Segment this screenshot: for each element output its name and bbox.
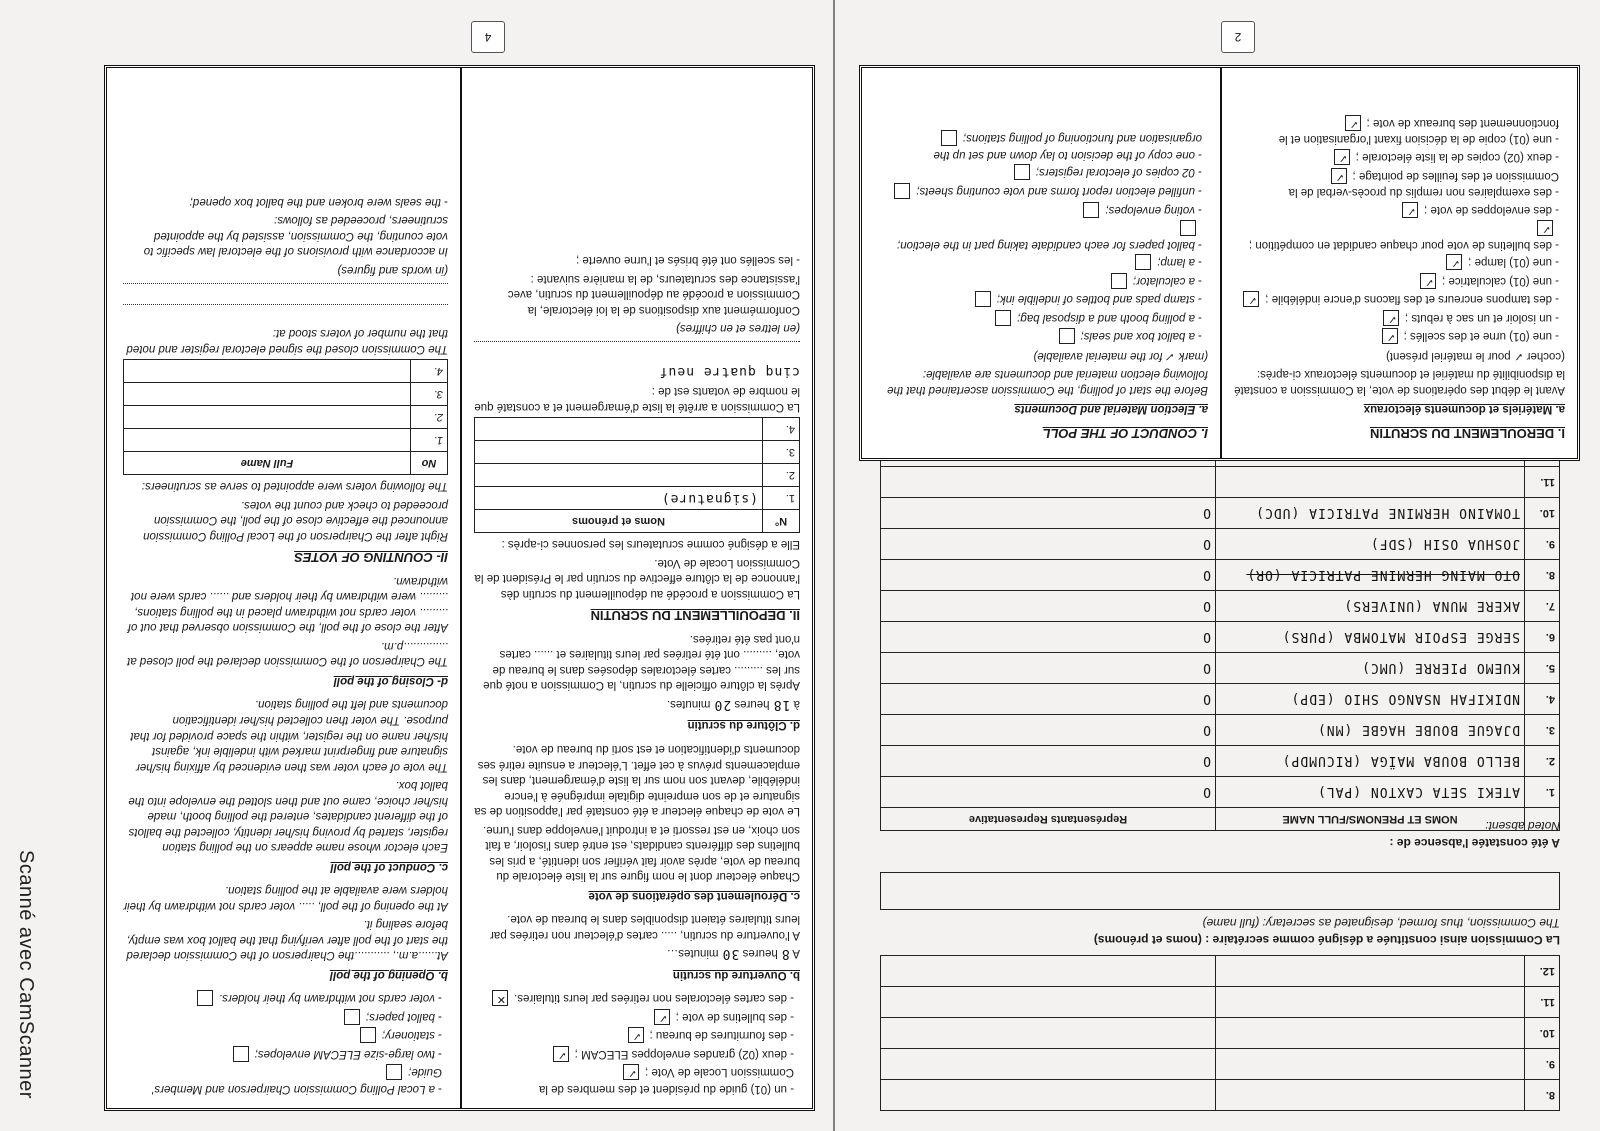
table-row: 6.SERGE ESPOIR MATOMBA (PURS)O (881, 622, 1560, 653)
checkbox[interactable] (1059, 328, 1075, 344)
row-name-cell[interactable] (1216, 956, 1525, 987)
conduct-box: I. DEROULEMENT DU SCRUTIN a. Matériels e… (859, 65, 1580, 461)
counting-box: un (01) guide du président et des membre… (104, 65, 815, 1111)
material-item: des exemplaires non remplis du procès-ve… (1234, 167, 1559, 199)
row-number: 3. (411, 382, 448, 405)
scrutineer-row: 2. (475, 463, 800, 486)
closing-cards-en: After the close of the poll, the Commiss… (123, 572, 448, 634)
checkbox[interactable] (1537, 220, 1553, 236)
checkbox[interactable] (995, 310, 1011, 326)
representative-mark[interactable] (881, 467, 1216, 498)
material-item: two large-size ELECAM envelopes; (123, 1045, 442, 1062)
material-label: ballot papers; (366, 1011, 435, 1023)
checkbox[interactable] (1345, 115, 1361, 131)
member-name[interactable]: JOSHUA OSIH (SDF) (1216, 529, 1525, 560)
material-item: un isoloir et un sac à rebuts ; (1234, 309, 1559, 326)
secretary-row: 11. (881, 987, 1560, 1018)
table-row: 7.AKERE MUNA (UNIVERS)O (881, 591, 1560, 622)
opening-minutes: 30 (722, 946, 740, 961)
scrutineer-name[interactable] (124, 405, 411, 428)
material-label: stamp pads and bottles of indelible ink; (997, 293, 1195, 305)
checkbox[interactable] (1446, 254, 1462, 270)
material-label: une (01) copie de la décision fixant l'o… (1279, 117, 1559, 146)
camscanner-watermark: Scanné avec CamScanner (14, 850, 37, 1099)
representative-mark[interactable]: O (881, 653, 1216, 684)
intro-text: Right after the Chairperson of the Local… (123, 496, 448, 543)
member-name[interactable]: TOMAINO HERMINE PATRICIA (UDC) (1216, 498, 1525, 529)
material-label: voting envelopes; (1105, 204, 1195, 216)
scrutineer-row: 3. (124, 382, 448, 405)
row-rep-cell[interactable] (881, 956, 1216, 987)
material-item: des bulletins de vote pour chaque candid… (1234, 220, 1559, 252)
material-item: ballot papers for each candidate taking … (878, 220, 1202, 252)
row-number: 2. (1525, 746, 1560, 777)
representative-mark[interactable]: O (881, 560, 1216, 591)
row-number: 10. (1525, 498, 1560, 529)
scrutineer-name[interactable]: (signature) (475, 486, 763, 509)
material-label: a calculator; (1133, 275, 1195, 287)
material-label: one copy of the decision to lay down and… (933, 132, 1202, 161)
section-title: II. DEPOUILLEMENT DU SCRUTIN (474, 607, 800, 625)
scrutineers-text: The following voters were appointed to s… (123, 478, 448, 494)
note-text: (mark ✓ for the material available) (878, 347, 1208, 363)
material-item: a Local Polling Commission Chairperson a… (123, 1064, 442, 1096)
opening-text-en: At......a.m., ...........the Chairperson… (123, 916, 448, 963)
table-row: 11. (881, 467, 1560, 498)
material-label: a polling booth and a disposal bag; (1017, 312, 1195, 324)
subsection-title: c. Conduct of the poll (123, 858, 448, 874)
table-row: 8.OTO MAING HERMINE PATRICIA (OR)O (881, 560, 1560, 591)
scrutineer-row: 2. (124, 405, 448, 428)
material-label: a lamp; (1157, 256, 1195, 268)
page-4: 4 un (01) guide du président et des memb… (60, 0, 825, 1131)
scrutineer-row: 4. (475, 417, 800, 440)
opening-cards-fr: A l'ouverture du scrutin, ..... cartes d… (474, 911, 800, 942)
material-item: stamp pads and bottles of indelible ink; (878, 291, 1202, 308)
secretary-fr: La Commission ainsi constituée a désigné… (880, 933, 1560, 947)
scanned-document-spread: 2 8.9.10.11.12. La Commission ainsi cons… (60, 0, 1600, 1131)
scrutineer-row: 1. (124, 428, 448, 451)
conduct-text: Le vote de chaque électeur a été constat… (474, 741, 800, 819)
checkbox[interactable] (654, 1009, 670, 1025)
conduct-text: Each elector whose name appears on the p… (123, 777, 448, 855)
secretary-row: 10. (881, 1018, 1560, 1049)
closing-text-en: The Chairperson of the Commission declar… (123, 637, 448, 668)
secretary-row: 8. (881, 1080, 1560, 1111)
member-name[interactable] (1216, 467, 1525, 498)
intro-text: Before the start of polling, the Commiss… (878, 366, 1208, 397)
checkbox[interactable] (492, 990, 508, 1006)
checkbox[interactable] (386, 1064, 402, 1080)
scrutineer-row: 1.(signature) (475, 486, 800, 509)
row-name-cell[interactable] (1216, 987, 1525, 1018)
subsection-title: d- Closing of the poll (123, 672, 448, 688)
page-number: 2 (1221, 21, 1255, 53)
material-list-en-cont: a Local Polling Commission Chairperson a… (123, 990, 448, 1096)
row-number: 11. (1525, 987, 1560, 1018)
col-no: N° (763, 509, 800, 532)
material-list-fr: une (01) urne et des scellés ;un isoloir… (1234, 114, 1565, 344)
counting-text: Conformément aux dispositions de la loi … (474, 270, 800, 317)
material-label: des exemplaires non remplis du procès-ve… (1289, 170, 1559, 199)
table-row: 10.TOMAINO HERMINE PATRICIA (UDC)O (881, 498, 1560, 529)
material-item: stationery; (123, 1027, 442, 1044)
representative-mark[interactable]: O (881, 622, 1216, 653)
scrutineers-table-fr: N°Noms et prénoms 1.(signature)2.3.4. (474, 417, 800, 533)
material-item: une (01) calculatrice ; (1234, 272, 1559, 289)
representative-mark[interactable]: O (881, 746, 1216, 777)
row-number: 4. (411, 359, 448, 382)
representative-mark[interactable]: O (881, 715, 1216, 746)
subsection-title: a. Matériels et documents électoraux (1234, 401, 1565, 417)
section-title: I. CONDUCT OF THE POLL (878, 424, 1208, 442)
secretary-field[interactable] (880, 872, 1560, 910)
member-name[interactable]: ATEKI SETA CAXTON (PAL) (1216, 777, 1525, 808)
row-number: 3. (763, 440, 800, 463)
material-label: une (01) urne et des scellés ; (1404, 330, 1552, 342)
register-text: The Commission closed the signed elector… (123, 325, 448, 356)
opening-text-fr: A 8 heures 30 minutes… (474, 945, 800, 963)
subsection-title: b. Ouverture du scrutin (474, 966, 800, 982)
counting-fr: un (01) guide du président et des membre… (462, 68, 812, 1108)
secretary-rows-table: 8.9.10.11.12. (880, 955, 1560, 1111)
material-label: 02 copies of electoral registers; (1036, 166, 1195, 178)
checkbox[interactable] (1402, 202, 1418, 218)
row-number: 2. (763, 463, 800, 486)
scrutineer-row: 4. (124, 359, 448, 382)
material-item: a calculator; (878, 272, 1202, 289)
row-number: 6. (1525, 622, 1560, 653)
section-title: II- COUNTING OF VOTES (123, 549, 448, 567)
voters-count-field[interactable]: cinq quatre neuf (474, 362, 800, 380)
row-number: 8. (1525, 1080, 1560, 1111)
checkbox[interactable] (975, 291, 991, 307)
dotted-line (123, 304, 448, 319)
seals-text: - the seals were broken and the ballot b… (123, 193, 448, 209)
row-name-cell[interactable] (1216, 1049, 1525, 1080)
material-item: des cartes électorales non retirées par … (474, 990, 794, 1007)
representative-mark[interactable]: O (881, 777, 1216, 808)
table-row: 5.KUEMO PIERRE (UMC)O (881, 653, 1560, 684)
page-2: 2 8.9.10.11.12. La Commission ainsi cons… (840, 0, 1600, 1131)
counting-text: In accordance with provisions of the ele… (123, 212, 448, 259)
dotted-line (474, 341, 800, 356)
col-name: Full Name (124, 451, 411, 474)
counting-en: a Local Polling Commission Chairperson a… (111, 68, 462, 1108)
checkbox[interactable] (941, 130, 957, 146)
material-item: une (01) copie de la décision fixant l'o… (1234, 114, 1559, 146)
checkbox[interactable] (553, 1046, 569, 1062)
header-name: NOMS ET PRENOMS/FULL NAME (1216, 808, 1525, 831)
absent-fr: A été constatée l'absence de : (880, 836, 1560, 850)
row-number: 5. (1525, 653, 1560, 684)
checkbox[interactable] (1111, 273, 1127, 289)
material-item: a ballot box and seals; (878, 328, 1202, 345)
table-row: 9.JOSHUA OSIH (SDF)O (881, 529, 1560, 560)
row-name-cell[interactable] (1216, 1080, 1525, 1111)
material-label: two large-size ELECAM envelopes; (255, 1048, 435, 1060)
material-label: un (01) guide du président et des membre… (539, 1066, 794, 1095)
checkbox[interactable] (1383, 310, 1399, 326)
checkbox[interactable] (1180, 220, 1196, 236)
member-name[interactable]: AKERE MUNA (UNIVERS) (1216, 591, 1525, 622)
material-label: des cartes électorales non retirées par … (514, 992, 787, 1004)
note-text: (cocher ✓ pour le matériel présent) (1234, 347, 1565, 363)
checkbox[interactable] (894, 183, 910, 199)
checkbox[interactable] (1382, 328, 1398, 344)
material-item: ballot papers; (123, 1008, 442, 1025)
closing-hour: 18 (773, 697, 791, 712)
row-number: 11. (1525, 467, 1560, 498)
register-text: La Commission a arrêté la liste d'émarge… (474, 383, 800, 414)
material-label: unfilled election report forms and vote … (916, 185, 1195, 197)
member-name[interactable]: SERGE ESPOIR MATOMBA (PURS) (1216, 622, 1525, 653)
representative-mark[interactable]: O (881, 684, 1216, 715)
material-item: un (01) guide du président et des membre… (474, 1064, 794, 1096)
secretary-en: The Commission, thus formed, designated … (880, 916, 1560, 930)
page-number: 4 (471, 21, 505, 53)
checkbox[interactable] (1420, 273, 1436, 289)
material-label: une (01) lampe ; (1468, 256, 1552, 268)
closing-cards-fr: Après la clôture officielle du scrutin, … (474, 630, 800, 692)
checkbox[interactable] (344, 1009, 360, 1025)
material-item: voter cards not withdrawn by their holde… (123, 990, 442, 1007)
checkbox[interactable] (1334, 149, 1350, 165)
row-number: 7. (1525, 591, 1560, 622)
conduct-text: The vote of each voter was then evidence… (123, 696, 448, 774)
material-list-en: a ballot box and seals;a polling booth a… (878, 130, 1208, 345)
material-item: des fournitures de bureau ; (474, 1027, 794, 1044)
subsection-title: d. Clôture du scrutin (474, 717, 800, 733)
material-item: deux (02) copies de la liste électorale … (1234, 148, 1559, 165)
header-rep: Représentants Representative (881, 808, 1216, 831)
material-item: deux (02) grandes enveloppes ELECAM ; (474, 1045, 794, 1062)
scrutineer-row: 3. (475, 440, 800, 463)
checkbox[interactable] (1135, 254, 1151, 270)
conduct-text: Chaque électeur dont le nom figure sur l… (474, 821, 800, 883)
material-item: unfilled election report forms and vote … (878, 183, 1202, 200)
intro-text: Avant le début des opérations de vote, l… (1234, 366, 1565, 397)
material-label: des enveloppes de vote ; (1424, 204, 1552, 216)
material-item: a lamp; (878, 254, 1202, 271)
subsection-title: c. Déroulement des opérations de vote (474, 887, 800, 903)
checkbox[interactable] (197, 990, 213, 1006)
row-number: 1. (411, 428, 448, 451)
material-item: voting envelopes; (878, 201, 1202, 218)
conduct-fr: I. DEROULEMENT DU SCRUTIN a. Matériels e… (1222, 68, 1577, 458)
scrutineer-name[interactable] (124, 359, 411, 382)
checkbox[interactable] (1243, 291, 1259, 307)
row-number: 8. (1525, 560, 1560, 591)
scrutineer-name[interactable] (475, 440, 763, 463)
row-number: 12. (1525, 956, 1560, 987)
material-label: deux (02) grandes enveloppes ELECAM ; (575, 1048, 787, 1060)
secretary-row: 12. (881, 956, 1560, 987)
material-list-fr-cont: un (01) guide du président et des membre… (474, 990, 800, 1096)
material-item: des bulletins de vote ; (474, 1008, 794, 1025)
secretary-row: 9. (881, 1049, 1560, 1080)
row-number: 9. (1525, 529, 1560, 560)
row-number: 1. (1525, 777, 1560, 808)
row-rep-cell[interactable] (881, 1080, 1216, 1111)
subsection-title: a. Election Material and Documents (878, 401, 1208, 417)
checkbox[interactable] (1331, 168, 1347, 184)
scrutineer-name[interactable] (124, 382, 411, 405)
checkbox[interactable] (623, 1064, 639, 1080)
checkbox[interactable] (233, 1046, 249, 1062)
member-name[interactable]: DJAGUE BOUBE HAGBE (MN) (1216, 715, 1525, 746)
col-name: Noms et prénoms (475, 509, 763, 532)
material-item: une (01) lampe ; (1234, 254, 1559, 271)
conduct-en: I. CONDUCT OF THE POLL a. Election Mater… (866, 68, 1222, 458)
row-number: 1. (763, 486, 800, 509)
seals-text: - les scellés ont été brisés et l'urne o… (474, 252, 800, 268)
row-number: 10. (1525, 1018, 1560, 1049)
subsection-title: b. Opening of the poll (123, 966, 448, 982)
row-number: 9. (1525, 1049, 1560, 1080)
checkbox[interactable] (628, 1027, 644, 1043)
representative-mark[interactable]: O (881, 498, 1216, 529)
opening-cards-en: At the opening of the poll, ..... voter … (123, 882, 448, 913)
row-name-cell[interactable] (1216, 1018, 1525, 1049)
material-item: des enveloppes de vote ; (1234, 201, 1559, 218)
material-item: a polling booth and a disposal bag; (878, 309, 1202, 326)
voters-hint: (in words and figures) (123, 261, 448, 277)
scrutineer-name[interactable] (475, 463, 763, 486)
table-row: 4.NDIKIFAH NSANGO SHIO (EDP)O (881, 684, 1560, 715)
material-item: des tampons encreurs et des flacons d'en… (1234, 291, 1559, 308)
representative-mark[interactable]: O (881, 529, 1216, 560)
closing-minutes: 20 (714, 697, 732, 712)
material-label: voter cards not withdrawn by their holde… (219, 992, 435, 1004)
scrutineers-text: Elle a désigné comme scrutateurs les per… (474, 536, 800, 552)
material-label: des tampons encreurs et des flacons d'en… (1265, 293, 1552, 305)
scrutineer-name[interactable] (124, 428, 411, 451)
row-number: 3. (1525, 715, 1560, 746)
material-label: a ballot box and seals; (1081, 330, 1195, 342)
checkbox[interactable] (1083, 202, 1099, 218)
material-label: ballot papers for each candidate taking … (897, 239, 1195, 251)
row-rep-cell[interactable] (881, 1018, 1216, 1049)
scrutineers-table-en: NoFull Name 1.2.3.4. (123, 359, 448, 475)
members-table: NOMS ET PRENOMS/FULL NAME Représentants … (880, 404, 1560, 831)
material-label: une (01) calculatrice ; (1442, 275, 1552, 287)
member-name[interactable]: BELLO BOUBA MAÏGA (RICUMDP) (1216, 746, 1525, 777)
row-number: 4. (1525, 684, 1560, 715)
checkbox[interactable] (1014, 165, 1030, 181)
row-rep-cell[interactable] (881, 987, 1216, 1018)
member-name[interactable]: NDIKIFAH NSANGO SHIO (EDP) (1216, 684, 1525, 715)
material-label: deux (02) copies de la liste électorale … (1356, 151, 1552, 163)
material-label: des fournitures de bureau ; (650, 1029, 787, 1041)
dotted-line (123, 283, 448, 298)
table-row: 2.BELLO BOUBA MAÏGA (RICUMDP)O (881, 746, 1560, 777)
material-label: des bulletins de vote ; (676, 1011, 787, 1023)
page-fold (833, 0, 835, 1131)
intro-text: La Commission a procédé au dépouillement… (474, 554, 800, 601)
row-rep-cell[interactable] (881, 1049, 1216, 1080)
table-row: 3.DJAGUE BOUBE HAGBE (MN)O (881, 715, 1560, 746)
row-number: 2. (411, 405, 448, 428)
row-number: 4. (763, 417, 800, 440)
material-label: stationery; (382, 1029, 435, 1041)
closing-text-fr: à 18 heures 20 minutes. (474, 695, 800, 713)
voters-hint: (en lettres et en chiffres) (474, 320, 800, 336)
material-label: un isoloir et un sac à rebuts ; (1405, 312, 1552, 324)
material-item: one copy of the decision to lay down and… (878, 130, 1202, 162)
section-title: I. DEROULEMENT DU SCRUTIN (1234, 424, 1565, 442)
material-item: 02 copies of electoral registers; (878, 164, 1202, 181)
scrutineer-name[interactable] (475, 417, 763, 440)
material-label: des bulletins de vote pour chaque candid… (1249, 239, 1552, 251)
member-name[interactable]: KUEMO PIERRE (UMC) (1216, 653, 1525, 684)
checkbox[interactable] (360, 1027, 376, 1043)
table-row: 1.ATEKI SETA CAXTON (PAL)O (881, 777, 1560, 808)
representative-mark[interactable]: O (881, 591, 1216, 622)
col-no: No (411, 451, 448, 474)
opening-hour: 8 (781, 946, 790, 961)
member-name[interactable]: OTO MAING HERMINE PATRICIA (OR) (1216, 560, 1525, 591)
material-item: une (01) urne et des scellés ; (1234, 328, 1559, 345)
